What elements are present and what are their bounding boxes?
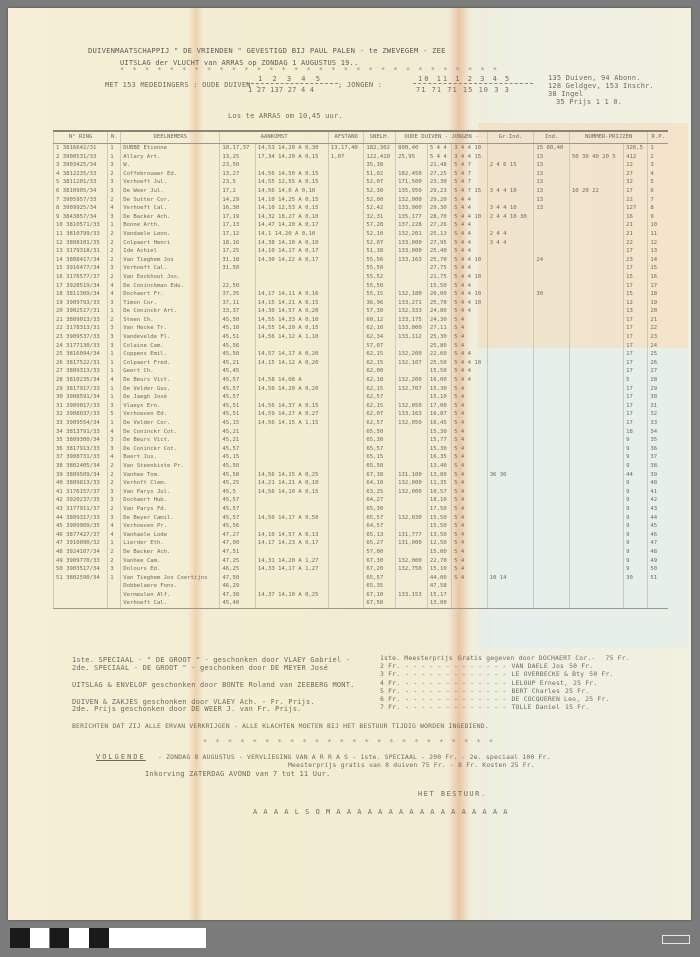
table-cell [534,591,570,600]
table-cell: 8 3909925/34 [54,204,108,213]
table-cell: 45,21 [220,359,256,368]
calib-block [50,928,69,948]
table-cell: 67,38 [364,471,396,480]
table-cell [328,479,364,488]
table-cell: 52,42 [364,204,396,213]
table-cell [396,367,428,376]
table-cell [534,574,570,583]
table-cell: 15,77 [427,436,451,445]
table-cell: 51,02 [364,170,396,179]
table-cell: 65,13 [364,531,396,540]
table-cell [569,359,623,368]
table-row: 51 3802590/341Van Tieghem Jos Coertijns4… [54,574,669,583]
table-cell: 5 4 [452,453,488,462]
table-cell: 3 4 4 10 [452,144,488,153]
prize-line: 5 Fr.- - - - - - - - - - - - -BERT Charl… [380,687,635,695]
table-cell: 3 [108,178,121,187]
table-cell: 57,28 [364,221,396,230]
table-row: 24 3177130/333Colaine Cam.45,5657,0725,8… [54,342,669,351]
table-cell [328,316,364,325]
table-cell [396,264,428,273]
table-cell: 9 [624,514,648,523]
table-cell [328,290,364,299]
right-note: 38 Ingel [548,90,583,98]
table-cell [534,316,570,325]
table-cell: 5 4 [452,574,488,583]
table-cell [328,410,364,419]
table-cell: 45 [648,522,668,531]
table-cell [328,591,364,600]
table-cell: Baert Jus. [121,453,220,462]
table-cell: 46,25 [220,565,256,574]
table-cell: 45,25 [220,479,256,488]
table-cell: 27 3809313/33 [54,367,108,376]
table-cell: 11,35 [427,479,451,488]
table-cell [328,178,364,187]
table-cell: 4 [648,170,668,179]
table-row: 20 3902517/311De Coninckr Art.33,3714,30… [54,307,669,316]
table-cell: 1,07 [328,153,364,162]
table-cell: 25,40 [427,247,451,256]
fraction-line [413,83,533,84]
calib-block [69,928,89,948]
table-cell: 2 [108,170,121,179]
table-cell [534,496,570,505]
prize-line: 1ste. MeesterprijsGratis gegeven door DO… [380,654,635,662]
prize-list: 1ste. MeesterprijsGratis gegeven door DO… [380,654,635,711]
table-cell [534,213,570,222]
table-cell [396,522,428,531]
table-cell: 45,51 [220,333,256,342]
table-cell: 131,000 [396,539,428,548]
table-cell: 5 3811201/33 [54,178,108,187]
calib-block [10,928,30,948]
table-cell: 5 4 4 [452,307,488,316]
table-cell: 29,20 [427,196,451,205]
table-cell: 4 [108,290,121,299]
table-cell: 3 4 4 10 [487,187,534,196]
table-cell [54,591,108,600]
table-cell: 9 [624,539,648,548]
table-cell: 4 [108,376,121,385]
table-cell: 5 4 [452,462,488,471]
table-cell: 55,15 [364,290,396,299]
table-cell: 23,5 [220,178,256,187]
table-cell [255,496,328,505]
table-cell: 5 4 [452,514,488,523]
table-cell: 13 3179318/31 [54,247,108,256]
table-cell: 5 4 [452,393,488,402]
table-cell: 45,56 [220,522,256,531]
table-cell: 17,12 [220,230,256,239]
table-cell [534,539,570,548]
table-row: 19 3909793/333Timon Cor.37,1114,15 14,21… [54,299,669,308]
table-cell: 15,50 [427,282,451,291]
table-cell [396,582,428,591]
table-cell: 34 [648,428,668,437]
col-n: N. [108,131,121,144]
prize-amount: 25 Fr. [573,679,597,687]
table-row: 3 3903425/343 W.23,5035,3821,485 4 72 4 … [54,161,669,170]
table-cell [569,333,623,342]
table-cell [569,324,623,333]
table-cell: 2 4 4 10 30 [487,213,534,222]
table-cell: 2 [108,316,121,325]
table-cell [255,582,328,591]
table-cell: 65,15 [364,453,396,462]
table-cell: Vandevelde Fl. [121,333,220,342]
table-cell: 326,5 [624,144,648,153]
table-cell [487,290,534,299]
table-cell: 25 3816094/34 [54,350,108,359]
table-cell: 14,56 14,15 A 1,15 [255,419,328,428]
table-cell: Verhoeven Ed. [121,410,220,419]
table-cell [328,282,364,291]
table-cell: 2 [108,471,121,480]
table-cell: 17,25 [220,247,256,256]
table-cell: 1 [108,221,121,230]
table-cell: 2 [108,256,121,265]
table-cell: De Backer Ach. [121,213,220,222]
table-cell: De Sutter Cor. [121,196,220,205]
table-cell: 1 [108,144,121,153]
table-cell: 9 [624,505,648,514]
table-cell [487,582,534,591]
table-cell: 36 [648,445,668,454]
table-cell: 52,10 [364,230,396,239]
table-cell: 45,45 [220,367,256,376]
table-cell: Timon Cor. [121,299,220,308]
table-row: 33 3909554/341De Velder Cor.45,1514,56 1… [54,419,669,428]
table-cell: 5 4 4 [452,239,488,248]
table-cell [255,342,328,351]
table-cell: 14,50 14,20 A 0,20 [255,385,328,394]
table-cell: 38 3802405/34 [54,462,108,471]
table-cell: 17 [624,342,648,351]
table-cell: 16 [624,213,648,222]
table-cell: 5 4 [452,479,488,488]
special-prize-1: 1ste. SPECIAAL - " DE GROOT " - geschonk… [72,656,350,664]
table-cell [534,247,570,256]
table-cell: 43 3177911/37 [54,505,108,514]
table-cell: 38 [648,462,668,471]
table-cell: 13,17,40 [328,144,364,153]
table-cell [328,402,364,411]
table-cell: 62,07 [364,410,396,419]
table-cell: 32 [648,410,668,419]
table-cell [569,230,623,239]
table-row: 35 3809300/343De Beurs Vict.45,2165,3015… [54,436,669,445]
table-cell: 24 [534,256,570,265]
table-cell: 47,51 [220,548,256,557]
table-cell [328,230,364,239]
table-cell: 57,00 [364,548,396,557]
table-cell: 132,750 [396,565,428,574]
table-cell: 9 [624,522,648,531]
table-row: 37 3908731/334Baert Jus.45,1565,1516,355… [54,453,669,462]
table-cell: 10,17,37 [220,144,256,153]
table-row: 48 3924107/342De Backer Ach.47,5157,0015… [54,548,669,557]
table-cell: 22,50 [220,282,256,291]
table-cell: Vandaele Leon. [121,230,220,239]
table-cell [487,307,534,316]
table-cell: 17 [624,333,648,342]
col-prijzen: OUDE DUIVEN - JONGEN - [396,131,488,144]
table-cell: 10 14 [487,574,534,583]
prize-dots: - - - - - - - - - - - - - [405,703,506,711]
table-cell [396,574,428,583]
table-header-row: N° RING N. DEELNEMERS AANKOMST AFSTAND S… [54,131,669,144]
table-cell [396,462,428,471]
table-cell: 132,707 [396,385,428,394]
table-cell: 67,50 [364,599,396,608]
table-cell: 5 4 [452,548,488,557]
entry-top: 1 2 3 4 5 [258,75,323,83]
table-cell: 37,35 [220,290,256,299]
prize-n: 1ste. Meesterprijs [380,654,453,662]
table-cell [487,359,534,368]
table-cell [487,333,534,342]
table-cell: 13,00 [427,599,451,608]
table-cell: Coffebrouwer Ed. [121,170,220,179]
table-cell: 4 [108,522,121,531]
table-cell: 13,25 [220,153,256,162]
table-cell [487,445,534,454]
table-cell [534,505,570,514]
table-cell: 132,050 [396,402,428,411]
jongen-bottom: 71 71 71 15 10 3 3 [416,86,510,94]
table-cell: 3 [108,333,121,342]
document-title: DUIVENMAATSCHAPPIJ " DE VRIENDEN " GEVES… [88,46,446,55]
table-cell: 182,302 [364,144,396,153]
table-cell: 12 [624,299,648,308]
table-cell: 5 4 7 [452,178,488,187]
table-cell [534,230,570,239]
table-row: 15 3916477/343Verhoeft Cal.31,5055,5027,… [54,264,669,273]
table-cell [569,445,623,454]
table-cell: 5 4 [452,505,488,514]
col-ring: N° RING [54,131,108,144]
table-cell: 27 [648,367,668,376]
table-cell: 14,1 14,20 A 0,10 [255,230,328,239]
table-cell [534,393,570,402]
notice: BERICHTEN DAT ZIJ ALLE ERVAN VERKRIJGEN … [72,722,489,730]
table-cell [534,462,570,471]
table-cell: 1 [108,307,121,316]
table-cell: 3 [648,161,668,170]
table-cell: 5 4 4 [452,282,488,291]
table-cell [569,539,623,548]
table-cell [328,221,364,230]
table-row: 4 3812235/332Coffebrouwer Ed.13,2714,56 … [54,170,669,179]
table-cell: Allary Art. [121,153,220,162]
table-cell: 9 [624,548,648,557]
table-cell: 8 [648,204,668,213]
table-row: 12 3808101/352Colpaert Henri18,1614,38 1… [54,239,669,248]
table-cell: 23 3909537/33 [54,333,108,342]
table-cell: Vlaeys Ern. [121,402,220,411]
sponsor-line: 2de. Prijs geschonken door DE WEER J. va… [72,705,302,713]
table-cell: 41 [648,488,668,497]
table-cell: 47 3910090/32 [54,539,108,548]
table-cell: 45,51 [220,410,256,419]
table-cell: 49 3909770/33 [54,557,108,566]
table-cell: 14,17 14,23 A 0,17 [255,539,328,548]
next-label: VOLGENDE [96,753,146,761]
table-cell: 22 3178313/31 [54,324,108,333]
table-cell [569,367,623,376]
table-cell [255,453,328,462]
table-cell: 23,50 [220,161,256,170]
table-cell [569,385,623,394]
table-cell [569,522,623,531]
table-cell: 21 [624,230,648,239]
table-cell: 5 4 4 10 [452,273,488,282]
table-cell: 5 4 4 10 [452,299,488,308]
table-cell: 5 4 [452,557,488,566]
scale-marker [662,935,690,944]
table-cell: 1 [108,385,121,394]
table-cell: 5 4 [452,531,488,540]
table-cell: 5 4 [452,402,488,411]
right-note: 135 Duiven, 94 Abonn. [548,74,641,82]
table-cell: 132,333 [396,307,428,316]
table-cell: Verhoeven Pr. [121,522,220,531]
table-cell: 7 [648,196,668,205]
table-cell [328,428,364,437]
table-row: 18 3811309/344Dochaert Fr.37,3514,17 14,… [54,290,669,299]
table-cell: 13 [534,187,570,196]
table-cell: Verhoeft Jul. [121,178,220,187]
calib-block [109,928,206,948]
table-cell: 16,45 [427,419,451,428]
table-row: 17 3928519/344De Coninckman Edu.22,5055,… [54,282,669,291]
table-cell: 35 [648,436,668,445]
table-cell: 6 [648,187,668,196]
table-row: 1 3816642/311DUBBE Etienne10,17,3714,53 … [54,144,669,153]
table-cell [569,479,623,488]
table-cell: 5 4 4 [452,376,488,385]
table-cell: 62,10 [364,324,396,333]
table-cell: 17,19 [220,213,256,222]
table-cell: 132,000 [396,196,428,205]
table-cell: De Beurs Vict. [121,436,220,445]
table-cell [569,402,623,411]
table-cell: 18 [624,428,648,437]
table-cell [534,428,570,437]
table-cell [569,316,623,325]
table-cell [108,582,121,591]
table-cell: 14,55 12,55 A 0,15 [255,178,328,187]
table-cell [534,282,570,291]
table-cell [569,574,623,583]
table-row: 31 3909017/333Vlaeys Ern.45,5114,56 14,3… [54,402,669,411]
table-cell [487,221,534,230]
table-cell: 13,27 [220,170,256,179]
table-cell: 65,30 [364,505,396,514]
table-cell: 17 [624,324,648,333]
table-cell: 55,50 [364,264,396,273]
table-cell: 127 [624,204,648,213]
table-cell: 4 [108,453,121,462]
table-cell: 9 [624,445,648,454]
table-cell [569,178,623,187]
table-cell: 36 3817913/33 [54,445,108,454]
table-cell: 14,56 14,37 A 0,15 [255,402,328,411]
table-cell: 25,80 [427,342,451,351]
table-cell [328,342,364,351]
table-cell: 24 3177130/33 [54,342,108,351]
table-cell [487,548,534,557]
table-cell: 44 [648,514,668,523]
prize-line: 7 Fr.- - - - - - - - - - - - -TOLLE Dani… [380,703,635,711]
release-time: Los te ARRAS om 10,45 uur. [228,112,343,120]
table-cell: Coppens Emil. [121,350,220,359]
calib-block [89,928,109,948]
table-cell: 3 [108,445,121,454]
table-cell: 14,21 14,21 A 0,10 [255,479,328,488]
table-cell: 10,57 [427,488,451,497]
table-cell: 32,31 [364,213,396,222]
table-cell [487,247,534,256]
table-cell [569,273,623,282]
table-cell: 9 [624,479,648,488]
table-cell [255,436,328,445]
table-cell: 47,30 [220,591,256,600]
table-cell [534,299,570,308]
table-cell: De Coninckr Cot. [121,445,220,454]
table-cell: 2 [108,479,121,488]
table-cell: 27,95 [427,239,451,248]
table-cell: De Coninckr Cot. [121,428,220,437]
table-cell [396,505,428,514]
table-row: 6 3810905/343De Weer Jul.17,214,56 14,0 … [54,187,669,196]
table-cell [569,350,623,359]
table-cell [328,505,364,514]
table-cell: 12 3808101/35 [54,239,108,248]
table-cell: 9 [624,462,648,471]
table-cell: 45,5 [220,488,256,497]
table-cell: 51 [648,574,668,583]
table-cell: 5 4 4 [452,196,488,205]
table-row: 25 3816094/341Coppens Emil.45,5014,57 14… [54,350,669,359]
table-cell: 65,50 [364,428,396,437]
table-cell: 29,23 [427,187,451,196]
prize-name: TOLLE Daniel [511,703,560,711]
table-cell [569,256,623,265]
table-cell [569,557,623,566]
table-cell [534,436,570,445]
table-cell: 5 4 [452,419,488,428]
table-cell: 3 3903425/34 [54,161,108,170]
table-cell: 10 3810571/33 [54,221,108,230]
table-cell [328,496,364,505]
calib-block [30,928,49,948]
table-cell: 22,60 [427,350,451,359]
table-cell: 1 [108,393,121,402]
table-cell [569,410,623,419]
table-cell: 133,112 [396,333,428,342]
table-cell [534,402,570,411]
table-cell [328,574,364,583]
table-cell [328,548,364,557]
table-cell: 19 3909793/33 [54,299,108,308]
table-row: 16 3176577/372Van Eeckhout Jos.55,5221,7… [54,273,669,282]
table-row: 40 3809813/332Verhoft Clem.45,2514,21 14… [54,479,669,488]
table-cell: 47,27 [220,531,256,540]
table-cell: De Velder Cor. [121,419,220,428]
table-cell: 16 3176577/37 [54,273,108,282]
